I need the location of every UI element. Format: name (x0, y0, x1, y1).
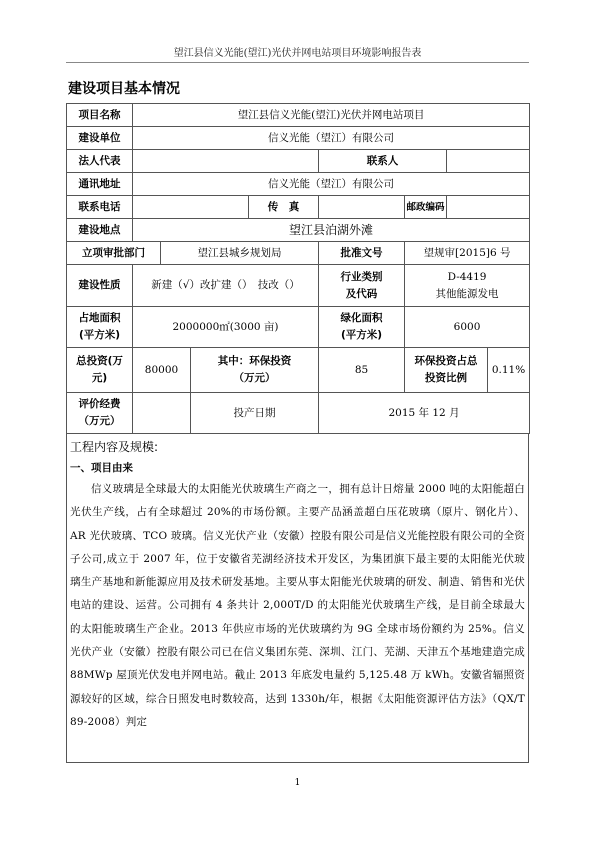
label-env-investment-line2: （万元） (194, 370, 315, 387)
project-content-section: 工程内容及规模: 一、项目由来 信义玻璃是全球最大的太阳能光伏玻璃生产商之一，拥… (66, 434, 529, 763)
value-phone (133, 196, 249, 219)
label-industry: 行业类别 及代码 (319, 265, 405, 307)
content-heading: 工程内容及规模: (67, 434, 528, 458)
label-env-investment: 其中：环保投资 （万元） (191, 348, 319, 393)
label-contact: 联系人 (319, 150, 447, 173)
label-fax: 传 真 (249, 196, 319, 219)
value-green-area: 6000 (405, 307, 530, 348)
section-title: 建设项目基本情况 (68, 78, 180, 98)
value-legal-rep (133, 150, 319, 173)
value-postcode (447, 196, 530, 219)
value-env-investment: 85 (319, 348, 405, 393)
label-evaluation-line1: 评价经费 (70, 396, 129, 413)
label-total-investment-line1: 总投资(万 (70, 353, 129, 370)
row-nature: 建设性质 新建（√）改扩建（） 技改（） 行业类别 及代码 D-4419 其他能… (67, 265, 530, 307)
label-approval-doc: 批准文号 (319, 242, 405, 265)
row-evaluation: 评价经费 （万元） 投产日期 2015 年 12 月 (67, 393, 530, 434)
label-nature: 建设性质 (67, 265, 133, 307)
label-industry-line2: 及代码 (322, 286, 401, 303)
value-env-ratio: 0.11% (488, 348, 530, 393)
value-builder: 信义光能（望江）有限公司 (133, 127, 530, 150)
value-approval-dept: 望江县城乡规划局 (161, 242, 319, 265)
label-postcode: 邮政编码 (405, 196, 447, 219)
value-approval-doc: 望规审[2015]6 号 (405, 242, 530, 265)
row-approval: 立项审批部门 望江县城乡规划局 批准文号 望规审[2015]6 号 (67, 242, 530, 265)
label-green-line2: (平方米) (322, 327, 401, 344)
page-number: 1 (0, 778, 595, 788)
label-green-line1: 绿化面积 (322, 310, 401, 327)
value-project-name: 望江县信义光能(望江)光伏并网电站项目 (133, 104, 530, 127)
running-header: 望江县信义光能(望江)光伏并网电站项目环境影响报告表 (66, 44, 529, 59)
value-location: 望江县泊湖外滩 (133, 219, 530, 242)
label-env-ratio: 环保投资占总 投资比例 (405, 348, 488, 393)
row-project-name: 项目名称 望江县信义光能(望江)光伏并网电站项目 (67, 104, 530, 127)
value-evaluation-fee (133, 393, 191, 434)
label-evaluation-line2: （万元） (70, 413, 129, 430)
label-total-investment-line2: 元) (70, 370, 129, 387)
label-area-line2: (平方米) (70, 327, 129, 344)
row-investment: 总投资(万 元) 80000 其中：环保投资 （万元） 85 环保投资占总 投资… (67, 348, 530, 393)
row-address: 通讯地址 信义光能（望江）有限公司 (67, 173, 530, 196)
label-phone: 联系电话 (67, 196, 133, 219)
value-total-investment: 80000 (133, 348, 191, 393)
label-env-ratio-line2: 投资比例 (408, 370, 484, 387)
label-total-investment: 总投资(万 元) (67, 348, 133, 393)
label-env-ratio-line1: 环保投资占总 (408, 353, 484, 370)
label-area-line1: 占地面积 (70, 310, 129, 327)
value-production-date: 2015 年 12 月 (319, 393, 530, 434)
label-area: 占地面积 (平方米) (67, 307, 133, 348)
label-project-name: 项目名称 (67, 104, 133, 127)
value-fax (319, 196, 405, 219)
label-env-investment-line1: 其中：环保投资 (194, 353, 315, 370)
label-legal-rep: 法人代表 (67, 150, 133, 173)
value-nature: 新建（√）改扩建（） 技改（） (133, 265, 319, 307)
label-location: 建设地点 (67, 219, 133, 242)
label-builder: 建设单位 (67, 127, 133, 150)
value-industry-name: 其他能源发电 (408, 286, 526, 303)
label-address: 通讯地址 (67, 173, 133, 196)
label-green-area: 绿化面积 (平方米) (319, 307, 405, 348)
project-info-form: 项目名称 望江县信义光能(望江)光伏并网电站项目 建设单位 信义光能（望江）有限… (66, 103, 529, 763)
value-contact (447, 150, 530, 173)
value-address: 信义光能（望江）有限公司 (133, 173, 530, 196)
row-location: 建设地点 望江县泊湖外滩 (67, 219, 530, 242)
header-rule (66, 62, 529, 63)
row-legal-rep: 法人代表 联系人 (67, 150, 530, 173)
label-production-date: 投产日期 (191, 393, 319, 434)
row-phone: 联系电话 传 真 邮政编码 (67, 196, 530, 219)
value-industry-code: D-4419 (408, 269, 526, 286)
row-area: 占地面积 (平方米) 2000000㎡(3000 亩) 绿化面积 (平方米) 6… (67, 307, 530, 348)
row-builder: 建设单位 信义光能（望江）有限公司 (67, 127, 530, 150)
value-industry: D-4419 其他能源发电 (405, 265, 530, 307)
value-area: 2000000㎡(3000 亩) (133, 307, 319, 348)
label-approval-dept: 立项审批部门 (67, 242, 161, 265)
content-paragraph: 信义玻璃是全球最大的太阳能光伏玻璃生产商之一，拥有总计日熔量 2000 吨的太阳… (67, 478, 528, 734)
content-subheading: 一、项目由来 (67, 458, 528, 478)
project-info-table: 项目名称 望江县信义光能(望江)光伏并网电站项目 建设单位 信义光能（望江）有限… (66, 103, 530, 434)
label-industry-line1: 行业类别 (322, 269, 401, 286)
label-evaluation-fee: 评价经费 （万元） (67, 393, 133, 434)
